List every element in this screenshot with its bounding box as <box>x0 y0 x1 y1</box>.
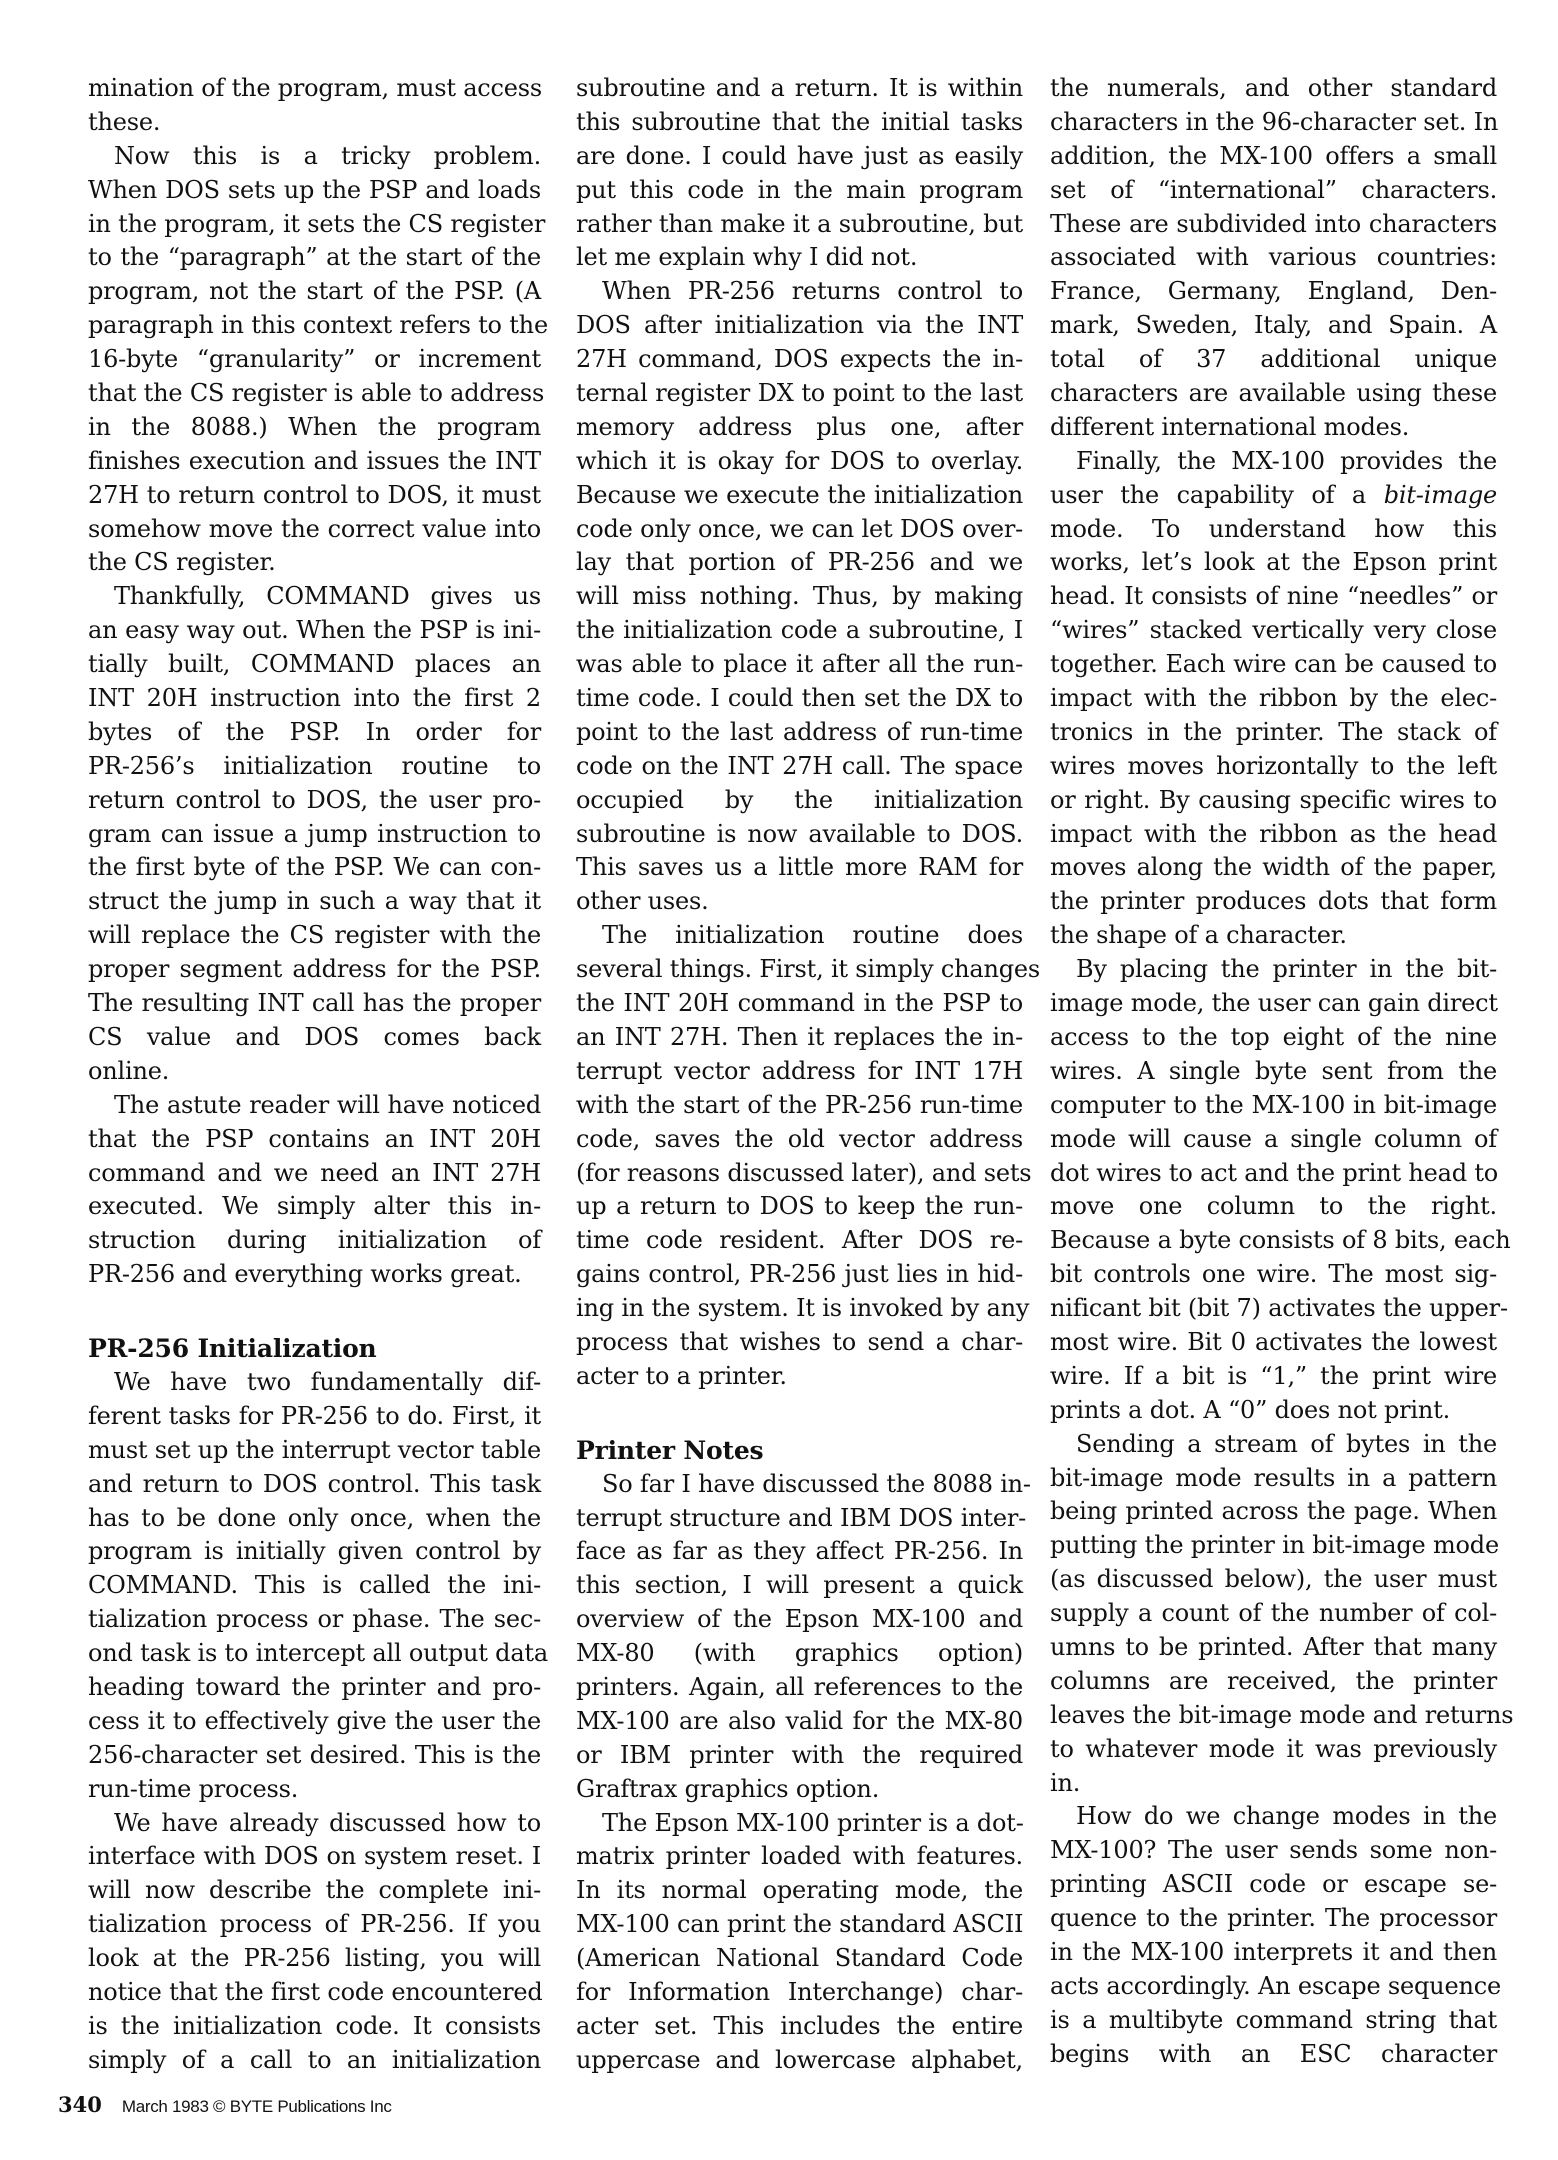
text-line: France, Germany, England, Den- <box>1050 275 1497 309</box>
text-line: mark, Sweden, Italy, and Spain. A <box>1050 309 1497 343</box>
text-line: command and we need an INT 27H <box>88 1157 541 1191</box>
text-line: that the CS register is able to address <box>88 377 541 411</box>
text-line: PR-256 and everything works great. <box>88 1258 541 1292</box>
text-line: heading toward the printer and pro- <box>88 1671 541 1705</box>
section-spacer <box>88 1292 541 1332</box>
paragraph: mination of the program, must accessthes… <box>88 72 541 140</box>
text-line: tialization process of PR-256. If you <box>88 1908 541 1942</box>
text-line: set of “international” characters. <box>1050 174 1497 208</box>
text-line: acts accordingly. An escape sequence <box>1050 1970 1497 2004</box>
text-line: code, saves the old vector address <box>576 1123 1023 1157</box>
text-line: tronics in the printer. The stack of <box>1050 716 1497 750</box>
text-line: dot wires to act and the print head to <box>1050 1157 1497 1191</box>
text-line: Sending a stream of bytes in the <box>1050 1428 1497 1462</box>
text-line: the first byte of the PSP. We can con- <box>88 851 541 885</box>
text-line: being printed across the page. When <box>1050 1495 1497 1529</box>
text-line: paragraph in this context refers to the <box>88 309 541 343</box>
text-line: user the capability of a bit-image <box>1050 479 1497 513</box>
text-line: or right. By causing specific wires to <box>1050 784 1497 818</box>
text-line: The Epson MX-100 printer is a dot- <box>576 1807 1023 1841</box>
text-line: supply a count of the number of col- <box>1050 1597 1497 1631</box>
emphasis: bit-image <box>1384 481 1497 509</box>
text-line: run-time process. <box>88 1773 541 1807</box>
text-line: will miss nothing. Thus, by making <box>576 580 1023 614</box>
text-line: access to the top eight of the nine <box>1050 1021 1497 1055</box>
text-line: acter set. This includes the entire <box>576 2010 1023 2044</box>
text-line: wire. If a bit is “1,” the print wire <box>1050 1360 1497 1394</box>
text-line: the printer produces dots that form <box>1050 885 1497 919</box>
text-line: was able to place it after all the run- <box>576 648 1023 682</box>
text-line: time code. I could then set the DX to <box>576 682 1023 716</box>
text-line: simply of a call to an initialization <box>88 2044 541 2078</box>
text-line: the numerals, and other standard <box>1050 72 1497 106</box>
text-line: 27H command, DOS expects the in- <box>576 343 1023 377</box>
text-line: other uses. <box>576 885 1023 919</box>
text-line: these. <box>88 106 541 140</box>
text-line: overview of the Epson MX-100 and <box>576 1603 1023 1637</box>
text-line: mode will cause a single column of <box>1050 1123 1497 1157</box>
text-line: somehow move the correct value into <box>88 513 541 547</box>
text-line: addition, the MX-100 offers a small <box>1050 140 1497 174</box>
text-line: INT 20H instruction into the first 2 <box>88 682 541 716</box>
text-line: subroutine and a return. It is within <box>576 72 1023 106</box>
text-line: works, let’s look at the Epson print <box>1050 546 1497 580</box>
paragraph: So far I have discussed the 8088 in-terr… <box>576 1468 1023 1807</box>
text-line: “wires” stacked vertically very close <box>1050 614 1497 648</box>
text-line: will replace the CS register with the <box>88 919 541 953</box>
paragraph: We have two fundamentally dif-ferent tas… <box>88 1366 541 1807</box>
paragraph: The astute reader will have noticedthat … <box>88 1089 541 1292</box>
text-column-left: mination of the program, must accessthes… <box>88 72 541 2078</box>
publication-credit: March 1983 © BYTE Publications Inc <box>122 2097 392 2117</box>
text-line: proper segment address for the PSP. <box>88 953 541 987</box>
text-line: We have two fundamentally dif- <box>88 1366 541 1400</box>
text-line: How do we change modes in the <box>1050 1800 1497 1834</box>
text-line: this section, I will present a quick <box>576 1569 1023 1603</box>
text-line: head. It consists of nine “needles” or <box>1050 580 1497 614</box>
text-line: MX-80 (with graphics option) <box>576 1637 1023 1671</box>
text-line: nificant bit (bit 7) activates the upper… <box>1050 1292 1497 1326</box>
text-line: This saves us a little more RAM for <box>576 851 1023 885</box>
paragraph: Sending a stream of bytes in thebit-imag… <box>1050 1428 1497 1801</box>
text-line: interface with DOS on system reset. I <box>88 1840 541 1874</box>
text-line: gram can issue a jump instruction to <box>88 818 541 852</box>
text-line: or IBM printer with the required <box>576 1739 1023 1773</box>
text-line: tially built, COMMAND places an <box>88 648 541 682</box>
text-line: bit controls one wire. The most sig- <box>1050 1258 1497 1292</box>
text-line: finishes execution and issues the INT <box>88 445 541 479</box>
text-line: Thankfully, COMMAND gives us <box>88 580 541 614</box>
text-line: process that wishes to send a char- <box>576 1326 1023 1360</box>
text-line: struct the jump in such a way that it <box>88 885 541 919</box>
text-line: is the initialization code. It consists <box>88 2010 541 2044</box>
text-line: has to be done only once, when the <box>88 1502 541 1536</box>
text-line: an easy way out. When the PSP is ini- <box>88 614 541 648</box>
text-line: gains control, PR-256 just lies in hid- <box>576 1258 1023 1292</box>
paragraph: The Epson MX-100 printer is a dot-matrix… <box>576 1807 1023 2078</box>
text-line: in. <box>1050 1767 1497 1801</box>
text-line: in the program, it sets the CS register <box>88 208 541 242</box>
text-line: (for reasons discussed later), and sets <box>576 1157 1023 1191</box>
text-line: the INT 20H command in the PSP to <box>576 987 1023 1021</box>
text-line: PR-256’s initialization routine to <box>88 750 541 784</box>
text-line: When DOS sets up the PSP and loads <box>88 174 541 208</box>
text-line: let me explain why I did not. <box>576 241 1023 275</box>
text-line: (as discussed below), the user must <box>1050 1563 1497 1597</box>
text-line: mode. To understand how this <box>1050 513 1497 547</box>
text-line: most wire. Bit 0 activates the lowest <box>1050 1326 1497 1360</box>
text-line: impact with the ribbon as the head <box>1050 818 1497 852</box>
text-line: MX-100? The user sends some non- <box>1050 1834 1497 1868</box>
text-line: move one column to the right. <box>1050 1190 1497 1224</box>
text-column-middle: subroutine and a return. It is withinthi… <box>576 72 1023 2078</box>
text-line: executed. We simply alter this in- <box>88 1190 541 1224</box>
text-line: 16-byte “granularity” or increment <box>88 343 541 377</box>
section-heading: Printer Notes <box>576 1434 1023 1468</box>
text-line: moves along the width of the paper, <box>1050 851 1497 885</box>
paragraph: the numerals, and other standardcharacte… <box>1050 72 1497 445</box>
text-line: The initialization routine does <box>576 919 1023 953</box>
text-line: In its normal operating mode, the <box>576 1874 1023 1908</box>
text-line: look at the PR-256 listing, you will <box>88 1942 541 1976</box>
text-line: rather than make it a subroutine, but <box>576 208 1023 242</box>
text-line: point to the last address of run-time <box>576 716 1023 750</box>
text-line: So far I have discussed the 8088 in- <box>576 1468 1023 1502</box>
text-line: together. Each wire can be caused to <box>1050 648 1497 682</box>
text-line: DOS after initialization via the INT <box>576 309 1023 343</box>
text-line: By placing the printer in the bit- <box>1050 953 1497 987</box>
text-line: several things. First, it simply changes <box>576 953 1023 987</box>
paragraph: Thankfully, COMMAND gives usan easy way … <box>88 580 541 1088</box>
paragraph: How do we change modes in theMX-100? The… <box>1050 1800 1497 2071</box>
text-line: terrupt structure and IBM DOS inter- <box>576 1502 1023 1536</box>
paragraph: Finally, the MX-100 provides theuser the… <box>1050 445 1497 953</box>
section-heading: PR-256 Initialization <box>88 1332 541 1366</box>
text-line: putting the printer in bit-image mode <box>1050 1529 1497 1563</box>
text-line: wires. A single byte sent from the <box>1050 1055 1497 1089</box>
text-line: acter to a printer. <box>576 1360 1023 1394</box>
text-line: memory address plus one, after <box>576 411 1023 445</box>
text-line: the CS register. <box>88 546 541 580</box>
text-line: different international modes. <box>1050 411 1497 445</box>
text-line: to whatever mode it was previously <box>1050 1733 1497 1767</box>
text-line: COMMAND. This is called the ini- <box>88 1569 541 1603</box>
paragraph: When PR-256 returns control toDOS after … <box>576 275 1023 919</box>
text-line: MX-100 can print the standard ASCII <box>576 1908 1023 1942</box>
text-line: ferent tasks for PR-256 to do. First, it <box>88 1400 541 1434</box>
text-line: are done. I could have just as easily <box>576 140 1023 174</box>
text-line: the shape of a character. <box>1050 919 1497 953</box>
text-line: The astute reader will have noticed <box>88 1089 541 1123</box>
text-line: Because a byte consists of 8 bits, each <box>1050 1224 1497 1258</box>
text-line: with the start of the PR-256 run-time <box>576 1089 1023 1123</box>
text-line: Finally, the MX-100 provides the <box>1050 445 1497 479</box>
text-line: lay that portion of PR-256 and we <box>576 546 1023 580</box>
text-line: 27H to return control to DOS, it must <box>88 479 541 513</box>
paragraph: We have already discussed how tointerfac… <box>88 1807 541 2078</box>
text-line: The resulting INT call has the proper <box>88 987 541 1021</box>
text-line: These are subdivided into characters <box>1050 208 1497 242</box>
text-column-right: the numerals, and other standardcharacte… <box>1050 72 1497 2072</box>
text-line: computer to the MX-100 in bit-image <box>1050 1089 1497 1123</box>
text-line: program, not the start of the PSP. (A <box>88 275 541 309</box>
text-line: program is initially given control by <box>88 1535 541 1569</box>
text-line: characters are available using these <box>1050 377 1497 411</box>
text-line: total of 37 additional unique <box>1050 343 1497 377</box>
text-line: matrix printer loaded with features. <box>576 1840 1023 1874</box>
text-line: We have already discussed how to <box>88 1807 541 1841</box>
text-line: ing in the system. It is invoked by any <box>576 1292 1023 1326</box>
text-line: to the “paragraph” at the start of the <box>88 241 541 275</box>
section-spacer <box>576 1394 1023 1434</box>
text-line: CS value and DOS comes back <box>88 1021 541 1055</box>
text-line: in the 8088.) When the program <box>88 411 541 445</box>
text-line: columns are received, the printer <box>1050 1665 1497 1699</box>
text-line: must set up the interrupt vector table <box>88 1434 541 1468</box>
text-line: ternal register DX to point to the last <box>576 377 1023 411</box>
paragraph: subroutine and a return. It is withinthi… <box>576 72 1023 275</box>
text-line: uppercase and lowercase alphabet, <box>576 2044 1023 2078</box>
text-line: face as far as they affect PR-256. In <box>576 1535 1023 1569</box>
text-line: the initialization code a subroutine, I <box>576 614 1023 648</box>
text-line: that the PSP contains an INT 20H <box>88 1123 541 1157</box>
text-line: begins with an ESC character <box>1050 2038 1497 2072</box>
text-line: an INT 27H. Then it replaces the in- <box>576 1021 1023 1055</box>
text-line: cess it to effectively give the user the <box>88 1705 541 1739</box>
text-line: notice that the first code encountered <box>88 1976 541 2010</box>
text-line: Now this is a tricky problem. <box>88 140 541 174</box>
text-line: printers. Again, all references to the <box>576 1671 1023 1705</box>
text-line: 256-character set desired. This is the <box>88 1739 541 1773</box>
page-footer: 340 March 1983 © BYTE Publications Inc <box>58 2092 392 2117</box>
text-line: quence to the printer. The processor <box>1050 1902 1497 1936</box>
text-line: leaves the bit-image mode and returns <box>1050 1699 1497 1733</box>
text-line: will now describe the complete ini- <box>88 1874 541 1908</box>
text-line: code only once, we can let DOS over- <box>576 513 1023 547</box>
text-line: code on the INT 27H call. The space <box>576 750 1023 784</box>
text-line: When PR-256 returns control to <box>576 275 1023 309</box>
text-line: mination of the program, must access <box>88 72 541 106</box>
text-line: associated with various countries: <box>1050 241 1497 275</box>
text-line: this subroutine that the initial tasks <box>576 106 1023 140</box>
text-line: characters in the 96-character set. In <box>1050 106 1497 140</box>
text-line: up a return to DOS to keep the run- <box>576 1190 1023 1224</box>
text-line: is a multibyte command string that <box>1050 2004 1497 2038</box>
magazine-page: mination of the program, must accessthes… <box>0 0 1558 2160</box>
text-line: and return to DOS control. This task <box>88 1468 541 1502</box>
page-number: 340 <box>58 2092 102 2117</box>
text-line: prints a dot. A “0” does not print. <box>1050 1394 1497 1428</box>
text-line: printing ASCII code or escape se- <box>1050 1868 1497 1902</box>
text-line: image mode, the user can gain direct <box>1050 987 1497 1021</box>
text-line: which it is okay for DOS to overlay. <box>576 445 1023 479</box>
text-line: return control to DOS, the user pro- <box>88 784 541 818</box>
text-line: terrupt vector address for INT 17H <box>576 1055 1023 1089</box>
paragraph: Now this is a tricky problem.When DOS se… <box>88 140 541 581</box>
text-line: MX-100 are also valid for the MX-80 <box>576 1705 1023 1739</box>
text-line: for Information Interchange) char- <box>576 1976 1023 2010</box>
text-line: bit-image mode results in a pattern <box>1050 1462 1497 1496</box>
text-line: ond task is to intercept all output data <box>88 1637 541 1671</box>
text-line: struction during initialization of <box>88 1224 541 1258</box>
text-line: Graftrax graphics option. <box>576 1773 1023 1807</box>
text-line: bytes of the PSP. In order for <box>88 716 541 750</box>
text-line: occupied by the initialization <box>576 784 1023 818</box>
text-line: online. <box>88 1055 541 1089</box>
text-line: put this code in the main program <box>576 174 1023 208</box>
text-line: tialization process or phase. The sec- <box>88 1603 541 1637</box>
text-line: time code resident. After DOS re- <box>576 1224 1023 1258</box>
text-line: wires moves horizontally to the left <box>1050 750 1497 784</box>
paragraph: By placing the printer in the bit-image … <box>1050 953 1497 1427</box>
text-line: subroutine is now available to DOS. <box>576 818 1023 852</box>
paragraph: The initialization routine doesseveral t… <box>576 919 1023 1393</box>
text-line: umns to be printed. After that many <box>1050 1631 1497 1665</box>
text-line: in the MX-100 interprets it and then <box>1050 1936 1497 1970</box>
text-line: (American National Standard Code <box>576 1942 1023 1976</box>
text-line: impact with the ribbon by the elec- <box>1050 682 1497 716</box>
text-line: Because we execute the initialization <box>576 479 1023 513</box>
